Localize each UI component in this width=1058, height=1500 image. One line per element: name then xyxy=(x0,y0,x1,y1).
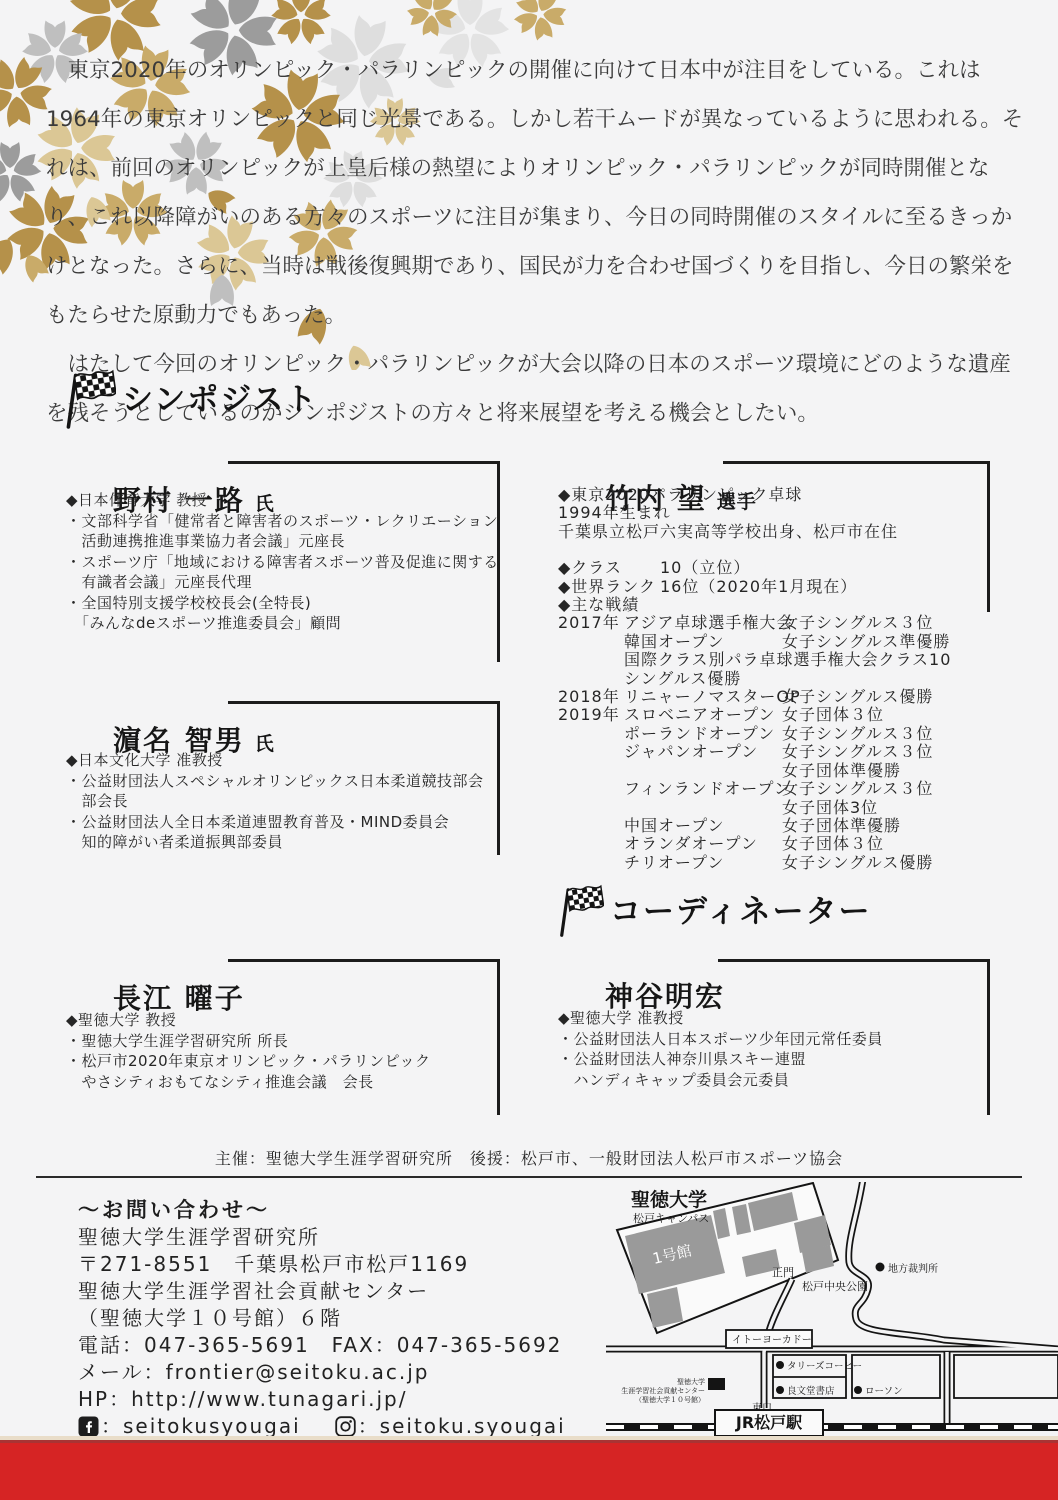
result-place: 女子団体3位 xyxy=(782,799,950,817)
player-affiliation: ◆東京2020パラリンピック卓球 xyxy=(558,486,950,504)
profile-line: ・公益財団法人神奈川県スキー連盟 xyxy=(558,1049,883,1070)
player-bio-line: 1994年生まれ xyxy=(558,504,950,522)
profile-line: ・スポーツ庁「地域における障害者スポーツ普及促進に関する xyxy=(66,552,499,573)
contact-email-line: メール：frontier@seitoku.ac.jp xyxy=(78,1359,566,1386)
contact-line: （聖徳大学１０号館）６階 xyxy=(78,1305,566,1332)
profile-line: ・聖徳大学生涯学習研究所 所長 xyxy=(66,1031,430,1052)
result-year xyxy=(558,817,624,835)
result-year: 2019年 xyxy=(558,706,624,724)
contact-line: 電話：047-365-5691 FAX：047-365-5692 xyxy=(78,1332,566,1359)
result-place: 女子団体準優勝 xyxy=(782,762,950,780)
map-gate-label: 正門 xyxy=(772,1266,794,1279)
result-event xyxy=(624,799,782,817)
coordinator-header: コーディネーター xyxy=(554,878,872,938)
result-year: 2018年 xyxy=(558,688,624,706)
result-place: 女子団体３位 xyxy=(782,835,950,853)
result-event: チリオープン xyxy=(624,854,782,872)
footer-red-bar xyxy=(0,1443,1058,1500)
result-event: ジャパンオープン xyxy=(624,743,782,761)
result-place: 女子シングルス３位 xyxy=(782,614,950,632)
result-event: ポーランドオープン xyxy=(624,725,782,743)
profile-line: 知的障がい者柔道振興部委員 xyxy=(66,832,483,853)
results-table: 2017年アジア卓球選手権大会女子シングルス３位 韓国オープン女子シングルス準優… xyxy=(558,614,950,872)
railway xyxy=(606,1423,1058,1431)
symposist-title: シンポジスト xyxy=(122,374,318,419)
coordinator-title: コーディネーター xyxy=(610,886,872,931)
profile-line: ◆聖徳大学 准教授 xyxy=(558,1008,883,1029)
profile-line: ・文部科学省「健常者と障害者のスポーツ・レクリエーション xyxy=(66,511,499,532)
result-place xyxy=(782,670,950,688)
result-place xyxy=(782,651,950,669)
court-dot xyxy=(876,1263,885,1272)
class-label: ◆クラス xyxy=(558,559,660,577)
result-event: アジア卓球選手権大会 xyxy=(624,614,782,632)
map-park-label: 松戸中央公園 xyxy=(802,1279,868,1293)
profile-line: 部会長 xyxy=(66,791,483,812)
map-lawson-label: ローソン xyxy=(865,1386,903,1397)
result-place: 女子シングルス優勝 xyxy=(782,688,950,706)
map-center-line2: 生涯学習社会貢献センター xyxy=(621,1386,705,1395)
profile-line: 「みんなdeスポーツ推進委員会」顧問 xyxy=(66,613,499,634)
result-year xyxy=(558,799,624,817)
result-year xyxy=(558,835,624,853)
result-event: シングルス優勝 xyxy=(624,670,782,688)
profile-nomura: ◆日本体育大学 教授 ・文部科学省「健常者と障害者のスポーツ・レクリエーション … xyxy=(66,490,499,634)
map-center-line1: 聖徳大学 xyxy=(677,1377,705,1386)
result-event: 中国オープン xyxy=(624,817,782,835)
intro-line: り、これ以降障がいのある方々のスポーツに注目が集まり、今日の同時開催のスタイルに… xyxy=(46,193,1021,242)
result-place: 女子シングルス３位 xyxy=(782,780,950,798)
tullys-dot xyxy=(776,1361,784,1369)
class-value: 10（立位） xyxy=(660,559,750,577)
profile-line: 有識者会議」元座長代理 xyxy=(66,572,499,593)
map-yokado-label: イトーヨーカドー xyxy=(732,1334,812,1346)
profile-line: ◆日本文化大学 准教授 xyxy=(66,750,483,771)
result-event: 韓国オープン xyxy=(624,633,782,651)
contact-line: 聖徳大学生涯学習社会貢献センター xyxy=(78,1278,566,1305)
rank-value: 16位（2020年1月現在） xyxy=(660,578,857,596)
map-court-label: 地方裁判所 xyxy=(888,1262,938,1275)
result-year xyxy=(558,725,624,743)
intro-line: けとなった。さらに、当時は戦後復興期であり、国民が力を合わせ国づくりを目指し、今… xyxy=(46,242,1021,291)
profile-line: 活動連携推進事業協力者会議」元座長 xyxy=(66,531,499,552)
map-tullys-label: タリーズコーヒー xyxy=(787,1361,862,1372)
result-event: 国際クラス別パラ卓球選手権大会クラス10 xyxy=(624,651,782,669)
facebook-icon xyxy=(78,1416,99,1437)
result-event: フィンランドオープン xyxy=(624,780,782,798)
contact-line: 〒271-8551 千葉県松戸市松戸1169 xyxy=(78,1251,566,1278)
result-year: 2017年 xyxy=(558,614,624,632)
profile-nagae: ◆聖徳大学 教授 ・聖徳大学生涯学習研究所 所長 ・松戸市2020年東京オリンピ… xyxy=(66,1010,430,1092)
result-year xyxy=(558,743,624,761)
contact-hp-line: HP：http://www.tunagari.jp/ xyxy=(78,1386,566,1413)
player-bio-line: 千葉県立松戸六実高等学校出身、松戸市在住 xyxy=(558,523,950,541)
intro-line: 1964年の東京オリンピックと同じ光景である。しかし若干ムードが異なっているよう… xyxy=(46,95,1021,144)
profile-line: ハンディキャップ委員会元委員 xyxy=(558,1070,883,1091)
result-place: 女子シングルス準優勝 xyxy=(782,633,950,651)
access-map: 1号館 xyxy=(606,1182,1058,1438)
player-rank-row: ◆世界ランク 16位（2020年1月現在） xyxy=(558,578,950,596)
player-class-row: ◆クラス 10（立位） xyxy=(558,559,950,577)
result-year xyxy=(558,670,624,688)
profile-takeuchi: ◆東京2020パラリンピック卓球 1994年生まれ 千葉県立松戸六実高等学校出身… xyxy=(558,486,950,872)
center-square xyxy=(708,1378,725,1390)
profile-line: ・全国特別支援学校校長会(全特長) xyxy=(66,593,499,614)
result-event: スロベニアオープン xyxy=(624,706,782,724)
checkered-flag-icon xyxy=(60,362,116,430)
map-station-label: JR松戸駅 xyxy=(735,1413,802,1432)
divider-line xyxy=(36,1176,1022,1178)
symposist-header: シンポジスト xyxy=(60,362,318,430)
result-event xyxy=(624,762,782,780)
result-place: 女子シングルス優勝 xyxy=(782,854,950,872)
result-place: 女子団体３位 xyxy=(782,706,950,724)
profile-line: ・公益財団法人全日本柔道連盟教育普及・MIND委員会 xyxy=(66,812,483,833)
result-place: 女子団体準優勝 xyxy=(782,817,950,835)
instagram-icon xyxy=(335,1416,356,1437)
profile-hamana: ◆日本文化大学 准教授 ・公益財団法人スペシャルオリンピックス日本柔道競技部会 … xyxy=(66,750,483,853)
map-bookstore-label: 良文堂書店 xyxy=(787,1385,835,1397)
profile-line: ◆聖徳大学 教授 xyxy=(66,1010,430,1031)
profile-line: ・公益財団法人日本スポーツ少年団元常任委員 xyxy=(558,1029,883,1050)
map-center-line3: （聖徳大学１０号館） xyxy=(635,1395,705,1404)
profile-line: ・松戸市2020年東京オリンピック・パラリンピック xyxy=(66,1051,430,1072)
result-event: オランダオープン xyxy=(624,835,782,853)
bookstore-dot xyxy=(776,1386,784,1394)
contact-heading: ～お問い合わせ～ xyxy=(78,1197,566,1224)
result-year xyxy=(558,651,624,669)
lawson-dot xyxy=(854,1386,862,1394)
intro-line: れは、前回のオリンピックが上皇后様の熱望によりオリンピック・パラリンピックが同時… xyxy=(46,144,1021,193)
intro-line: 東京2020年のオリンピック・パラリンピックの開催に向けて日本中が注目をしている… xyxy=(46,46,1021,95)
profile-line: ・公益財団法人スペシャルオリンピックス日本柔道競技部会 xyxy=(66,771,483,792)
result-year xyxy=(558,762,624,780)
profile-line: ◆日本体育大学 教授 xyxy=(66,490,499,511)
profile-kamiya: ◆聖徳大学 准教授 ・公益財団法人日本スポーツ少年団元常任委員 ・公益財団法人神… xyxy=(558,1008,883,1090)
result-place: 女子シングルス３位 xyxy=(782,743,950,761)
map-campus-label: 松戸キャンパス xyxy=(633,1211,709,1225)
result-event: リニャーノマスターOP xyxy=(624,688,782,706)
contact-block: ～お問い合わせ～ 聖徳大学生涯学習研究所 〒271-8551 千葉県松戸市松戸1… xyxy=(78,1197,566,1440)
profile-line: やさシティおもてなシティ推進会議 会長 xyxy=(66,1072,430,1093)
contact-line: 聖徳大学生涯学習研究所 xyxy=(78,1224,566,1251)
organizer-line: 主催：聖徳大学生涯学習研究所 後援：松戸市、一般財団法人松戸市スポーツ協会 xyxy=(0,1146,1058,1169)
result-place: 女子シングルス３位 xyxy=(782,725,950,743)
results-label: ◆主な戦績 xyxy=(558,596,950,614)
checkered-flag-icon xyxy=(554,878,604,938)
result-year xyxy=(558,780,624,798)
map-univ-label: 聖徳大学 xyxy=(631,1188,707,1211)
rank-label: ◆世界ランク xyxy=(558,578,660,596)
result-year xyxy=(558,854,624,872)
intro-line: もたらせた原動力でもあった。 xyxy=(46,291,1021,340)
flyer-page: 東京2020年のオリンピック・パラリンピックの開催に向けて日本中が注目をしている… xyxy=(0,0,1058,1500)
result-year xyxy=(558,633,624,651)
